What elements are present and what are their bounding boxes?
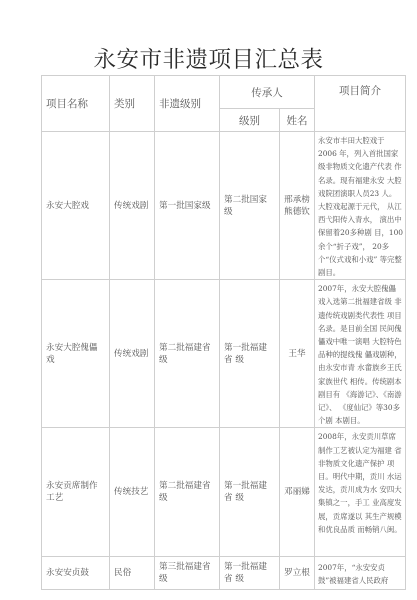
cell-inheritor-name: 王华 bbox=[280, 280, 315, 428]
cell-description: 2008年，永安贡川草席 制作工艺被认定为福建 省非物质文化遗产保护 项目。明代… bbox=[315, 428, 406, 557]
cell-inheritor-name: 邓丽娣 bbox=[280, 428, 315, 557]
document-title: 永安市非遗项目汇总表 bbox=[0, 42, 417, 74]
table-row: 永安贡席制作工艺 传统技艺 第二批福建省 级 第一批福建省 级 邓丽娣 2008… bbox=[42, 428, 406, 557]
header-heritage-level: 非遗级别 bbox=[155, 76, 220, 132]
cell-category: 传统戏剧 bbox=[110, 132, 155, 280]
cell-heritage-level: 第二批福建省 级 bbox=[155, 428, 220, 557]
cell-inheritor-level: 第一批福建省 级 bbox=[220, 428, 280, 557]
header-project-name: 项目名称 bbox=[42, 76, 110, 132]
cell-inheritor-level: 第一批福建省 级 bbox=[220, 280, 280, 428]
cell-description: 2007年，永安大腔傀儡 戏入选第二批福建省级 非遗传统戏剧类代表性 项目名录。… bbox=[315, 280, 406, 428]
cell-project-name: 永安安贞鼓 bbox=[42, 557, 110, 590]
header-category: 类别 bbox=[110, 76, 155, 132]
table-row: 永安大腔戏 传统戏剧 第一批国家级 第二批国家级 邢承榜 熊德钦 永安市丰田大腔… bbox=[42, 132, 406, 280]
header-inheritor-level: 级别 bbox=[220, 109, 280, 132]
cell-description: 2007年，“永安安贞鼓”被福建省人民政府 bbox=[315, 557, 406, 590]
cell-category: 传统戏剧 bbox=[110, 280, 155, 428]
cell-category: 民俗 bbox=[110, 557, 155, 590]
header-description: 项目简介 bbox=[315, 76, 406, 132]
heritage-summary-table: 项目名称 类别 非遗级别 传承人 项目简介 级别 姓名 永安大腔戏 传统戏剧 第… bbox=[41, 75, 406, 590]
cell-description: 永安市丰田大腔戏于 2006 年，列入首批国家 级非物质文化遗产代表 作名录。现… bbox=[315, 132, 406, 280]
cell-project-name: 永安大腔戏 bbox=[42, 132, 110, 280]
cell-heritage-level: 第三批福建省 级 bbox=[155, 557, 220, 590]
table-row: 永安大腔傀儡戏 传统戏剧 第二批福建省 级 第一批福建省 级 王华 2007年，… bbox=[42, 280, 406, 428]
cell-inheritor-level: 第一批福建省 级 bbox=[220, 557, 280, 590]
header-inheritor: 传承人 bbox=[220, 76, 315, 109]
table-row: 永安安贞鼓 民俗 第三批福建省 级 第一批福建省 级 罗立根 2007年，“永安… bbox=[42, 557, 406, 590]
cell-heritage-level: 第二批福建省 级 bbox=[155, 280, 220, 428]
header-inheritor-name: 姓名 bbox=[280, 109, 315, 132]
cell-project-name: 永安贡席制作工艺 bbox=[42, 428, 110, 557]
cell-inheritor-name: 邢承榜 熊德钦 bbox=[280, 132, 315, 280]
cell-project-name: 永安大腔傀儡戏 bbox=[42, 280, 110, 428]
header-row-1: 项目名称 类别 非遗级别 传承人 项目简介 bbox=[42, 76, 406, 109]
cell-inheritor-level: 第二批国家级 bbox=[220, 132, 280, 280]
cell-category: 传统技艺 bbox=[110, 428, 155, 557]
cell-heritage-level: 第一批国家级 bbox=[155, 132, 220, 280]
cell-inheritor-name: 罗立根 bbox=[280, 557, 315, 590]
